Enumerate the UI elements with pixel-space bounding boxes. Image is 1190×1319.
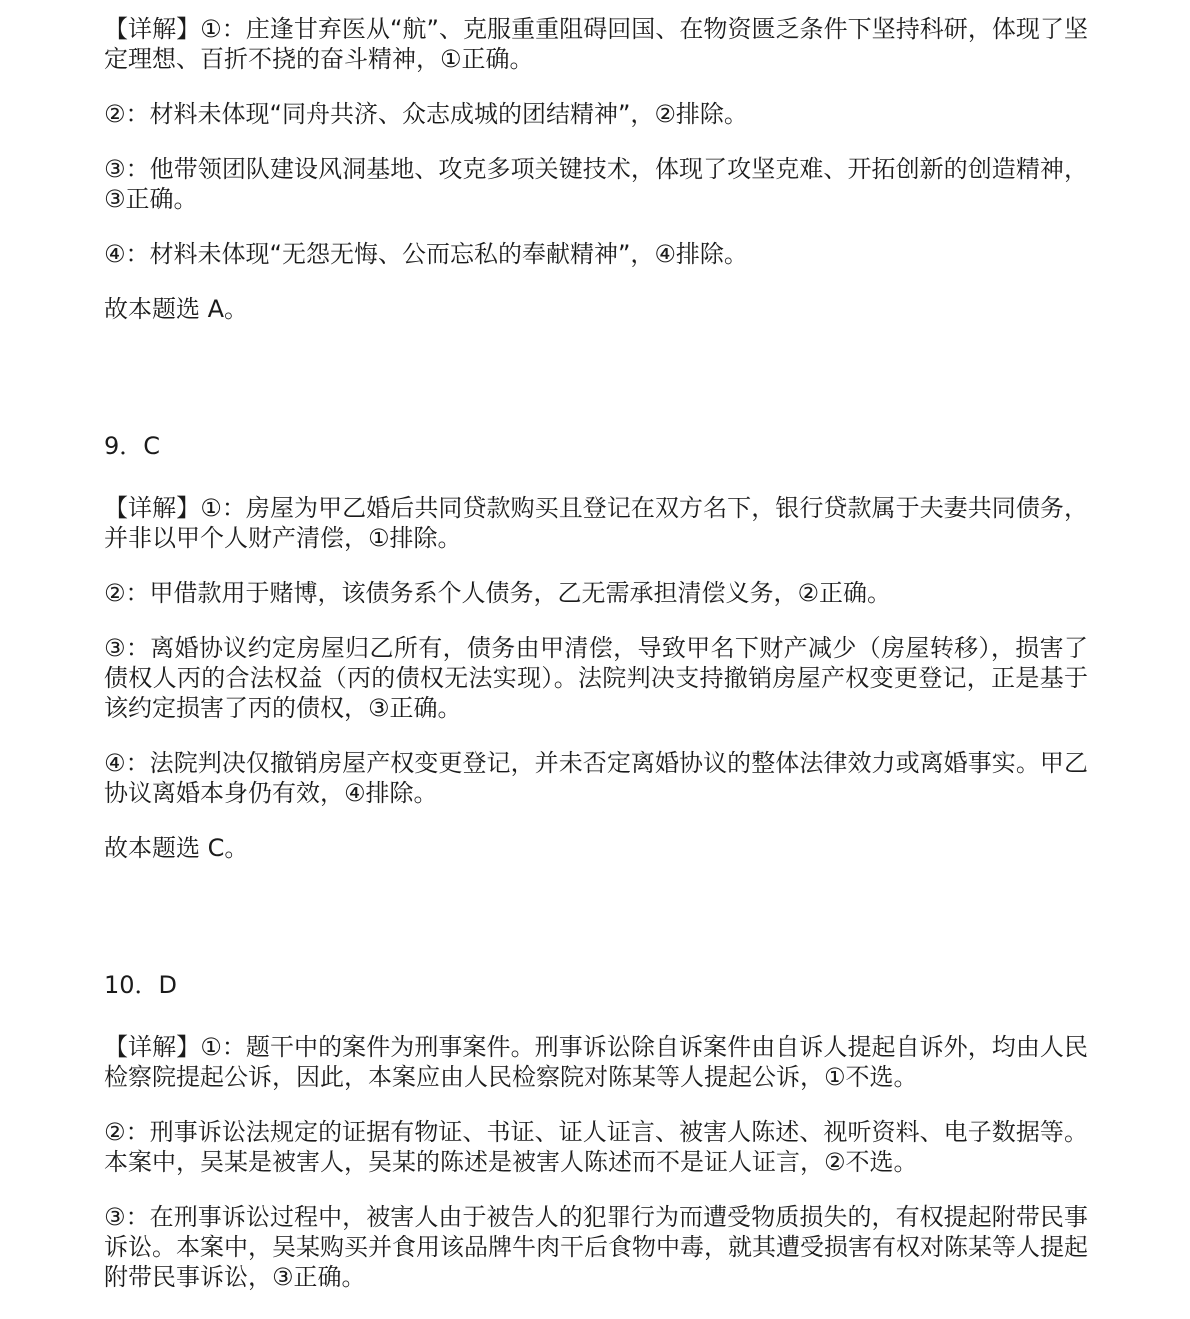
answer-choice-line: 故本题选 A。 bbox=[104, 294, 1088, 324]
answer-paragraph: ④：材料未体现“无怨无悔、公而忘私的奉献精神”，④排除。 bbox=[104, 239, 1088, 269]
answer-paragraph: 【详解】①：房屋为甲乙婚后共同贷款购买且登记在双方名下，银行贷款属于夫妻共同债务… bbox=[104, 493, 1088, 553]
answer-paragraph: ②：材料未体现“同舟共济、众志成城的团结精神”，②排除。 bbox=[104, 99, 1088, 129]
answer-paragraph: 【详解】①：题干中的案件为刑事案件。刑事诉讼除自诉案件由自诉人提起自诉外，均由人… bbox=[104, 1032, 1088, 1092]
answer-paragraph: ③：他带领团队建设风洞基地、攻克多项关键技术，体现了攻坚克难、开拓创新的创造精神… bbox=[104, 154, 1088, 214]
answer-choice-line: 故本题选 C。 bbox=[104, 833, 1088, 863]
answer-section: 10．D 【详解】①：题干中的案件为刑事案件。刑事诉讼除自诉案件由自诉人提起自诉… bbox=[104, 970, 1088, 1292]
question-number-heading: 9．C bbox=[104, 431, 1088, 461]
answer-paragraph: ③：在刑事诉讼过程中，被害人由于被告人的犯罪行为而遭受物质损失的，有权提起附带民… bbox=[104, 1202, 1088, 1292]
answer-paragraph: ③：离婚协议约定房屋归乙所有，债务由甲清偿，导致甲名下财产减少（房屋转移），损害… bbox=[104, 633, 1088, 723]
answer-paragraph: 【详解】①：庄逢甘弃医从“航”、克服重重阻碍回国、在物资匮乏条件下坚持科研，体现… bbox=[104, 14, 1088, 74]
answer-paragraph: ④：法院判决仅撤销房屋产权变更登记，并未否定离婚协议的整体法律效力或离婚事实。甲… bbox=[104, 748, 1088, 808]
document-page: 【详解】①：庄逢甘弃医从“航”、克服重重阻碍回国、在物资匮乏条件下坚持科研，体现… bbox=[0, 0, 1190, 1319]
answer-paragraph: ②：刑事诉讼法规定的证据有物证、书证、证人证言、被害人陈述、视听资料、电子数据等… bbox=[104, 1117, 1088, 1177]
answer-section: 9．C 【详解】①：房屋为甲乙婚后共同贷款购买且登记在双方名下，银行贷款属于夫妻… bbox=[104, 431, 1088, 863]
answer-paragraph: ②：甲借款用于赌博，该债务系个人债务，乙无需承担清偿义务，②正确。 bbox=[104, 578, 1088, 608]
question-number-heading: 10．D bbox=[104, 970, 1088, 1000]
answer-section: 【详解】①：庄逢甘弃医从“航”、克服重重阻碍回国、在物资匮乏条件下坚持科研，体现… bbox=[104, 14, 1088, 324]
